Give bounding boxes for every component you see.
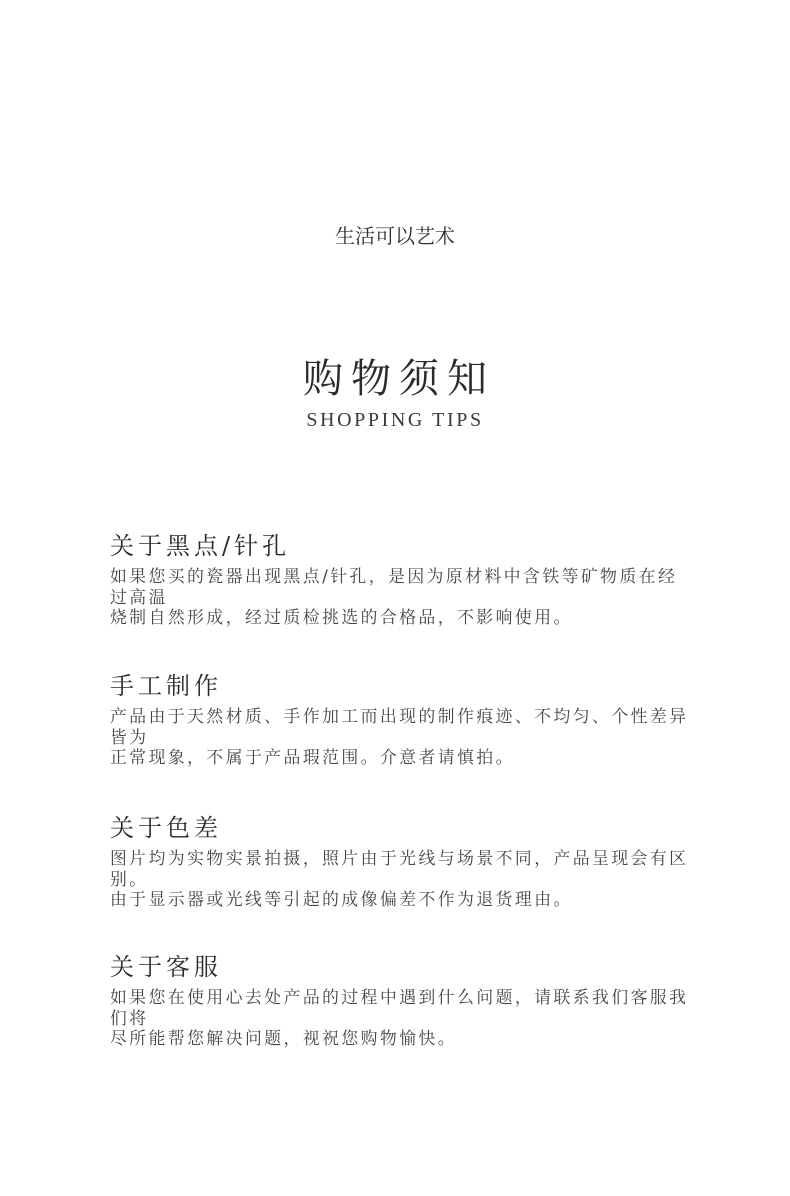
tagline: 生活可以艺术 (0, 222, 790, 250)
page-title: 购物须知 (0, 352, 790, 406)
section-body: 图片均为实物实景拍摄，照片由于光线与场景不同，产品呈现会有区别。 由于显示器或光… (110, 848, 690, 910)
section-body: 如果您在使用心去处产品的过程中遇到什么问题，请联系我们客服我们将 尽所能帮您解决… (110, 987, 690, 1049)
section-handmade: 手工制作 产品由于天然材质、手作加工而出现的制作痕迹、不均匀、个性差异皆为 正常… (110, 670, 690, 768)
page-title-block: 购物须知 SHOPPING TIPS (0, 352, 790, 432)
section-heading: 关于色差 (110, 812, 690, 844)
section-heading: 手工制作 (110, 670, 690, 702)
section-black-spots: 关于黑点/针孔 如果您买的瓷器出现黑点/针孔，是因为原材料中含铁等矿物质在经过高… (110, 530, 690, 628)
section-heading: 关于客服 (110, 951, 690, 983)
section-color-difference: 关于色差 图片均为实物实景拍摄，照片由于光线与场景不同，产品呈现会有区别。 由于… (110, 812, 690, 910)
section-body: 产品由于天然材质、手作加工而出现的制作痕迹、不均匀、个性差异皆为 正常现象，不属… (110, 706, 690, 768)
page-subtitle: SHOPPING TIPS (0, 408, 790, 432)
section-body: 如果您买的瓷器出现黑点/针孔，是因为原材料中含铁等矿物质在经过高温 烧制自然形成… (110, 566, 690, 628)
section-customer-service: 关于客服 如果您在使用心去处产品的过程中遇到什么问题，请联系我们客服我们将 尽所… (110, 951, 690, 1049)
section-heading: 关于黑点/针孔 (110, 530, 690, 562)
